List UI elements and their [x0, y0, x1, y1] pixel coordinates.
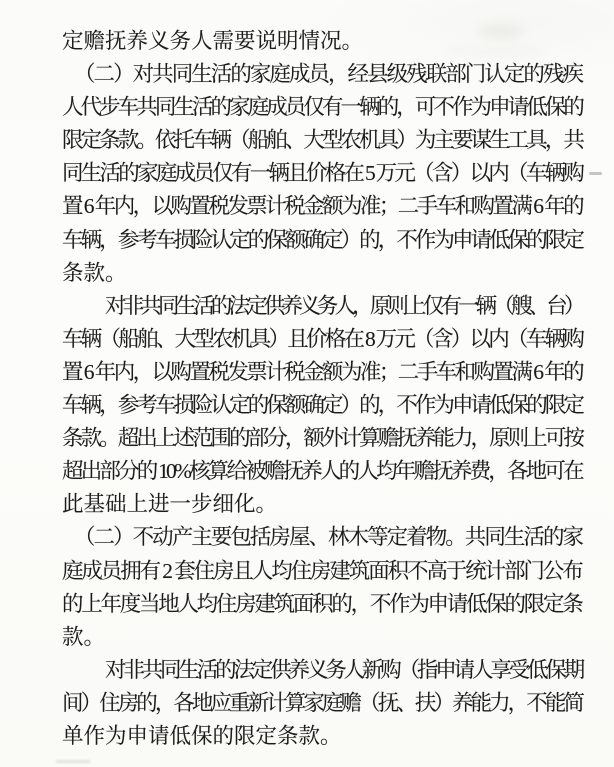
text-line: 对非共同生活的法定供养义务人，原则上仅有一辆（艘、台）: [62, 290, 582, 323]
text-line: 车辆，参考车损险认定的保额确定）的，不作为申请低保的限定: [62, 389, 582, 422]
text-line: （二）对共同生活的家庭成员，经县级残联部门认定的残疾: [62, 58, 582, 91]
document-lines: 定赡抚养义务人需要说明情况。（二）对共同生活的家庭成员，经县级残联部门认定的残疾…: [62, 25, 582, 753]
text-line: 定赡抚养义务人需要说明情况。: [62, 25, 582, 58]
text-line: 同生活的家庭成员仅有一辆且价格在 5 万元（含）以内（车辆购: [62, 157, 582, 190]
text-line: 单作为申请低保的限定条款。: [62, 720, 582, 753]
text-line: 车辆（船舶、大型农机具）且价格在 8 万元（含）以内（车辆购: [62, 323, 582, 356]
text-line: 此基础上进一步细化。: [62, 488, 582, 521]
text-line: 庭成员拥有 2 套住房且人均住房建筑面积不高于统计部门公布: [62, 555, 582, 588]
scanned-page: 定赡抚养义务人需要说明情况。（二）对共同生活的家庭成员，经县级残联部门认定的残疾…: [0, 0, 614, 767]
text-line: 条款。超出上述范围的部分，额外计算赡抚养能力，原则上可按: [62, 422, 582, 455]
text-line: 限定条款。依托车辆（船舶、大型农机具）为主要谋生工具，共: [62, 124, 582, 157]
text-line: 人代步车共同生活的家庭成员仅有一辆的，可不作为申请低保的: [62, 91, 582, 124]
text-line: 的上年度当地人均住房建筑面积的，不作为申请低保的限定条: [62, 588, 582, 621]
scan-speck-artifact: [56, 760, 90, 763]
text-line: （二）不动产主要包括房屋、林木等定着物。共同生活的家: [62, 521, 582, 554]
text-line: 超出部分的 10%核算给被赡抚养人的人均年赡抚养费，各地可在: [62, 455, 582, 488]
text-line: 置 6 年内，以购置税发票计税金额为准；二手车和购置满 6 年的: [62, 356, 582, 389]
margin-dash-artifact: [589, 172, 602, 175]
text-line: 对非共同生活的法定供养义务人新购（指申请人享受低保期: [62, 654, 582, 687]
text-line: 置 6 年内，以购置税发票计税金额为准；二手车和购置满 6 年的: [62, 190, 582, 223]
text-line: 条款。: [62, 257, 582, 290]
text-line: 款。: [62, 621, 582, 654]
text-line: 车辆，参考车损险认定的保额确定）的，不作为申请低保的限定: [62, 224, 582, 257]
text-line: 间）住房的，各地应重新计算家庭赡（抚、扶）养能力，不能简: [62, 687, 582, 720]
